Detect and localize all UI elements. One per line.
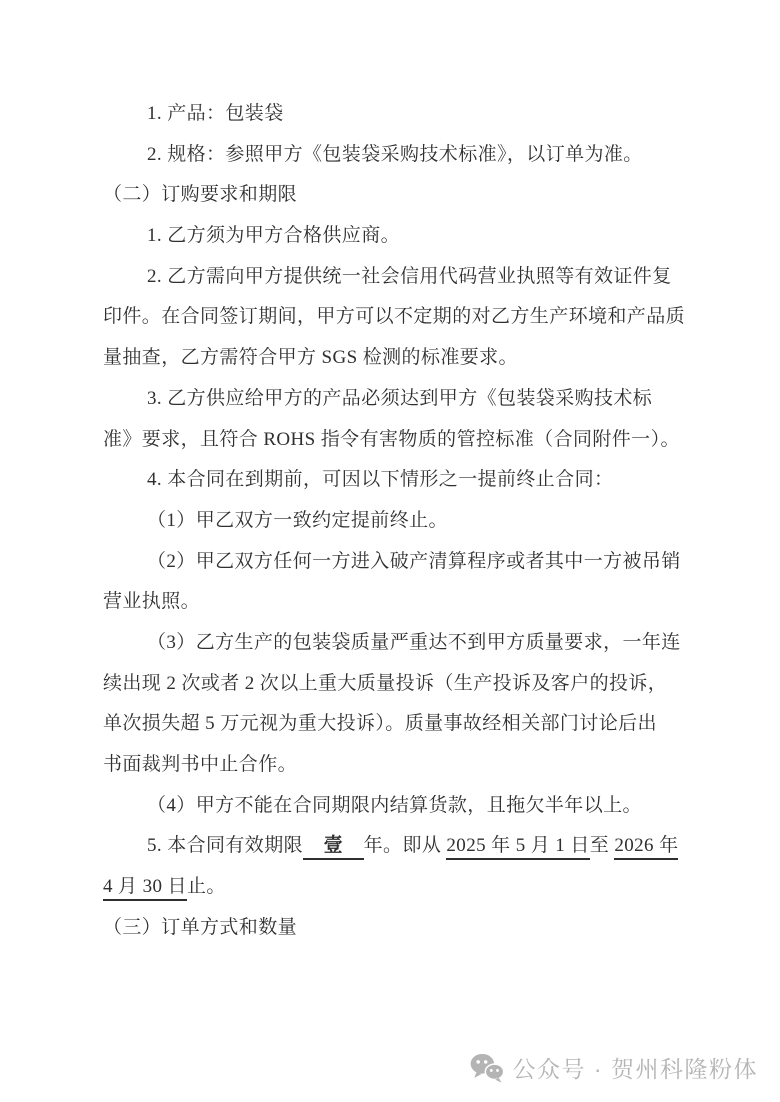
wechat-watermark: 公众号 · 贺州科隆粉体 xyxy=(470,1051,758,1084)
text-segment: 1. 乙方须为甲方合格供应商。 xyxy=(147,225,400,246)
document-line: （3）乙方生产的包装袋质量严重达不到甲方质量要求，一年连 xyxy=(103,623,680,664)
wechat-icon xyxy=(470,1053,504,1083)
text-segment: 准》要求，且符合 ROHS 指令有害物质的管控标准（合同附件一）。 xyxy=(103,429,680,450)
text-segment: （三）订单方式和数量 xyxy=(103,917,297,938)
text-segment: 3. 乙方供应给甲方的产品必须达到甲方《包装袋采购技术标 xyxy=(147,388,652,409)
document-line: 营业执照。 xyxy=(103,582,680,623)
document-line: 印件。在合同签订期间，甲方可以不定期的对乙方生产环境和产品质 xyxy=(103,297,680,338)
document-line: 单次损失超 5 万元视为重大投诉）。质量事故经相关部门讨论后出 xyxy=(103,704,680,745)
document-line: 书面裁判书中止合作。 xyxy=(103,745,680,786)
underlined-text: 4 月 30 日 xyxy=(103,876,187,901)
document-line: 1. 产品：包装袋 xyxy=(103,94,680,135)
text-segment: 1. 产品：包装袋 xyxy=(147,103,284,124)
text-segment: 2. 乙方需向甲方提供统一社会信用代码营业执照等有效证件复 xyxy=(147,266,672,287)
document-line: 2. 乙方需向甲方提供统一社会信用代码营业执照等有效证件复 xyxy=(103,257,680,298)
document-body: 1. 产品：包装袋2. 规格：参照甲方《包装袋采购技术标准》，以订单为准。（二）… xyxy=(103,94,680,948)
document-line: 4. 本合同在到期前，可因以下情形之一提前终止合同： xyxy=(103,460,680,501)
text-segment: 续出现 2 次或者 2 次以上重大质量投诉（生产投诉及客户的投诉， xyxy=(103,673,667,694)
text-segment: 年。即从 xyxy=(364,835,447,856)
document-line: 续出现 2 次或者 2 次以上重大质量投诉（生产投诉及客户的投诉， xyxy=(103,664,680,705)
document-line: 量抽查，乙方需符合甲方 SGS 检测的标准要求。 xyxy=(103,338,680,379)
text-segment: 营业执照。 xyxy=(103,591,200,612)
text-segment: 量抽查，乙方需符合甲方 SGS 检测的标准要求。 xyxy=(103,347,518,368)
contract-page: 1. 产品：包装袋2. 规格：参照甲方《包装袋采购技术标准》，以订单为准。（二）… xyxy=(0,0,780,1102)
text-segment: 止。 xyxy=(187,876,226,897)
underlined-text xyxy=(303,835,324,860)
underlined-text xyxy=(343,835,364,860)
text-segment: （2）甲乙双方任何一方进入破产清算程序或者其中一方被吊销 xyxy=(147,551,681,572)
underlined-text: 壹 xyxy=(324,835,343,860)
underlined-text: 2026 年 xyxy=(614,835,678,860)
document-line: （4）甲方不能在合同期限内结算货款，且拖欠半年以上。 xyxy=(103,786,680,827)
text-segment: 5. 本合同有效期限 xyxy=(147,835,303,856)
text-segment: （3）乙方生产的包装袋质量严重达不到甲方质量要求，一年连 xyxy=(147,632,681,653)
text-segment: 4. 本合同在到期前，可因以下情形之一提前终止合同： xyxy=(147,469,613,490)
document-line: （2）甲乙双方任何一方进入破产清算程序或者其中一方被吊销 xyxy=(103,542,680,583)
text-segment: 2. 规格：参照甲方《包装袋采购技术标准》，以订单为准。 xyxy=(147,144,643,165)
document-line: 3. 乙方供应给甲方的产品必须达到甲方《包装袋采购技术标 xyxy=(103,379,680,420)
document-line: 2. 规格：参照甲方《包装袋采购技术标准》，以订单为准。 xyxy=(103,135,680,176)
watermark-label: 公众号 · 贺州科隆粉体 xyxy=(513,1051,758,1084)
text-segment: （4）甲方不能在合同期限内结算货款，且拖欠半年以上。 xyxy=(147,795,642,816)
document-line: （三）订单方式和数量 xyxy=(103,908,680,949)
text-segment: 至 xyxy=(590,835,615,856)
text-segment: 书面裁判书中止合作。 xyxy=(103,754,297,775)
underlined-text: 2025 年 5 月 1 日 xyxy=(446,835,589,860)
document-line: 4 月 30 日止。 xyxy=(103,867,680,908)
document-line: （1）甲乙双方一致约定提前终止。 xyxy=(103,501,680,542)
document-line: 1. 乙方须为甲方合格供应商。 xyxy=(103,216,680,257)
text-segment: 印件。在合同签订期间，甲方可以不定期的对乙方生产环境和产品质 xyxy=(103,306,685,327)
document-line: （二）订购要求和期限 xyxy=(103,175,680,216)
text-segment: （二）订购要求和期限 xyxy=(103,184,297,205)
document-line: 5. 本合同有效期限 壹 年。即从 2025 年 5 月 1 日至 2026 年 xyxy=(103,826,680,867)
text-segment: （1）甲乙双方一致约定提前终止。 xyxy=(147,510,448,531)
text-segment: 单次损失超 5 万元视为重大投诉）。质量事故经相关部门讨论后出 xyxy=(103,713,657,734)
document-line: 准》要求，且符合 ROHS 指令有害物质的管控标准（合同附件一）。 xyxy=(103,420,680,461)
